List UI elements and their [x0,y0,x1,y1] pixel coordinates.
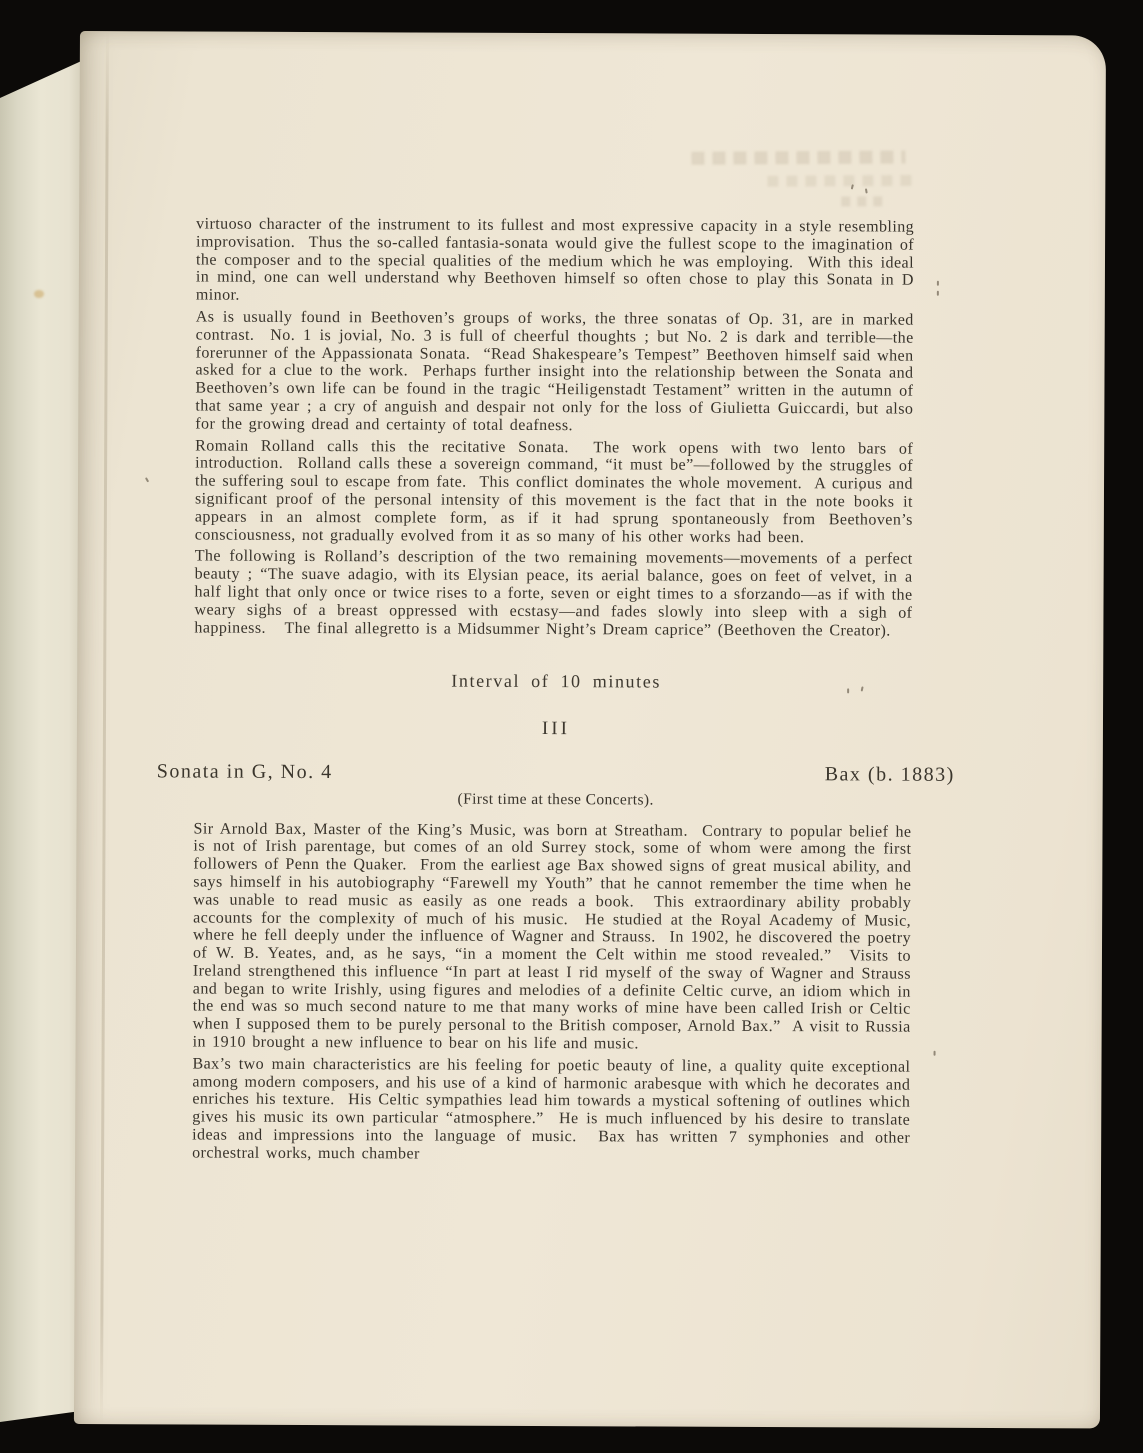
piece-title: Sonata in G, No. 4 [157,763,333,782]
paragraph-rolland-recitative: Romain Rolland calls this the recitative… [195,437,913,547]
premiere-note: (First time at these Concerts). [157,789,955,810]
piece-title-row: Sonata in G, No. 4 Bax (b. 1883) [157,763,955,784]
ink-speck [865,188,868,193]
ink-speck [851,184,854,189]
paragraph-bax-characteristics: Bax’s two main characteristics are his f… [192,1055,910,1165]
interval-heading: Interval of 10 minutes [157,672,955,693]
piece-composer: Bax (b. 1883) [825,766,955,784]
ink-speck [145,477,149,482]
paper-stain [34,290,44,298]
paragraph-sonata-fantasia: virtuoso character of the instrument to … [196,216,914,308]
show-through-marks [841,196,885,206]
show-through-marks [691,150,905,164]
section-numeral: III [157,718,955,739]
page-text-column: virtuoso character of the instrument to … [155,215,957,1169]
paragraph-rolland-movements: The following is Rolland’s description o… [194,548,912,640]
program-page: virtuoso character of the instrument to … [74,31,1106,1428]
gutter-crease [100,31,109,1424]
paragraph-op31-contrast: As is usually found in Beethoven’s group… [195,308,914,436]
show-through-marks [767,175,919,187]
paragraph-bax-biography: Sir Arnold Bax, Master of the King’s Mus… [193,820,912,1054]
book-photo: virtuoso character of the instrument to … [0,0,1143,1453]
